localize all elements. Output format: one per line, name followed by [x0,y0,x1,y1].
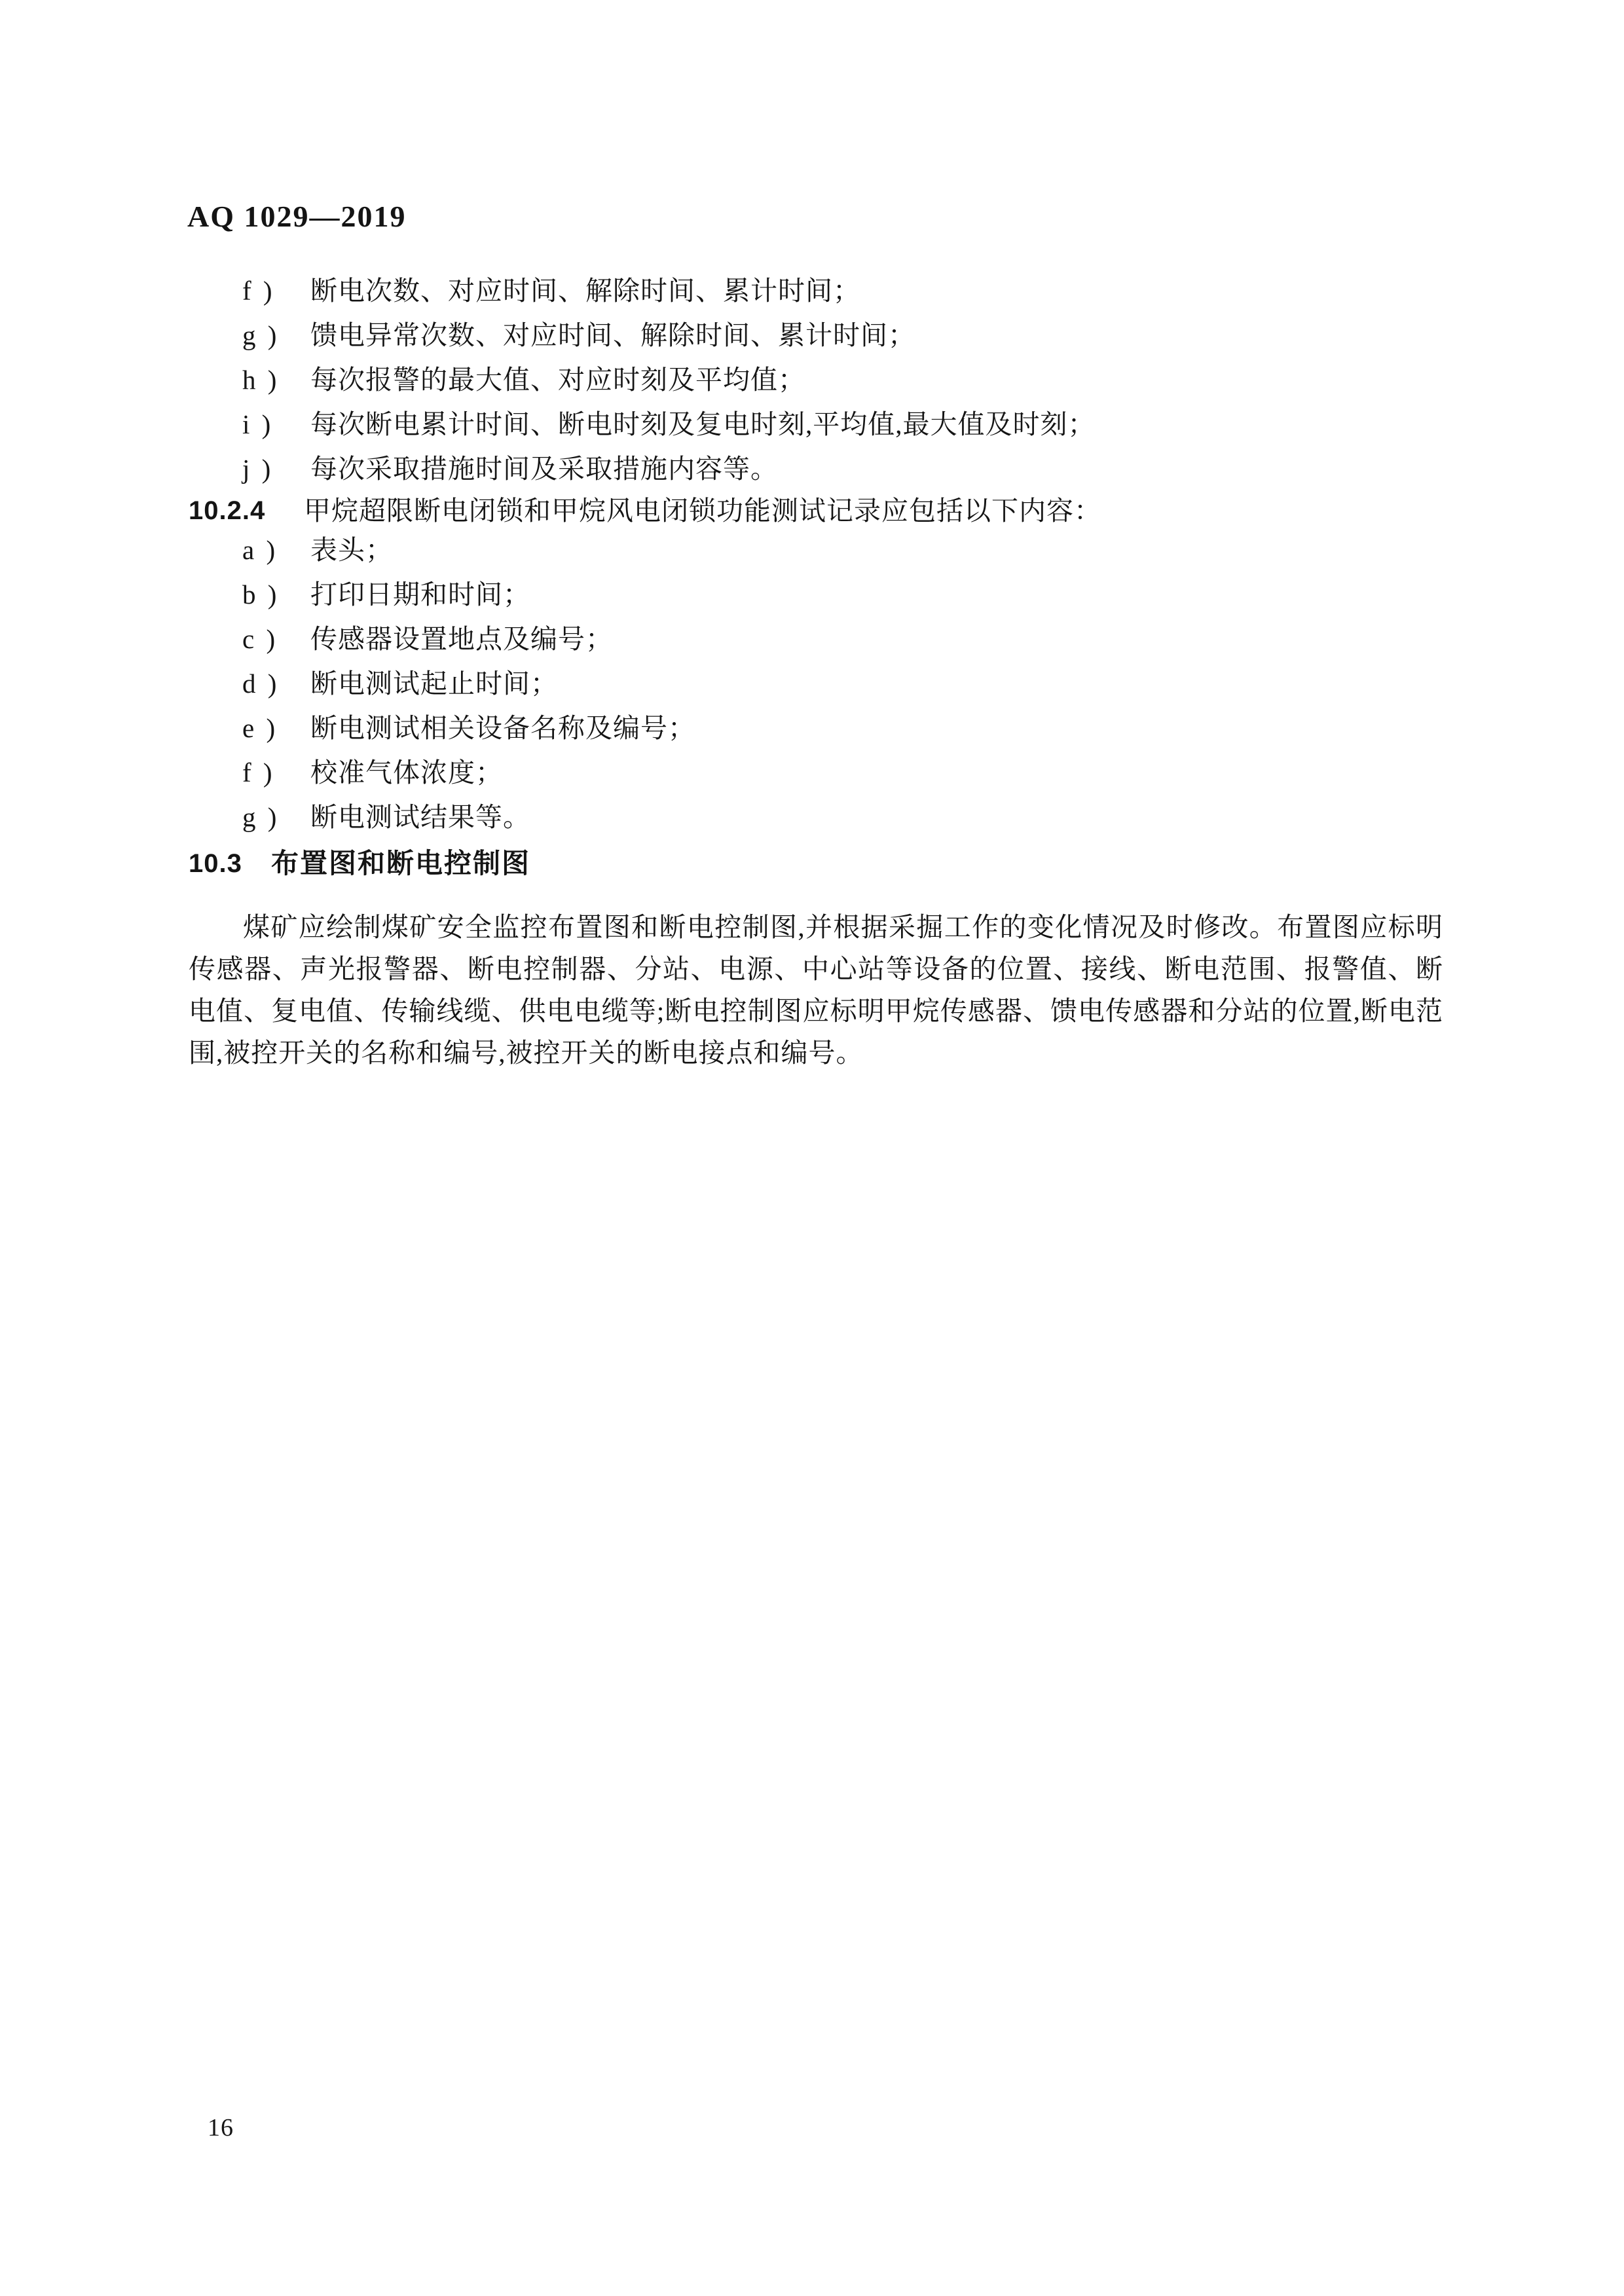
list-item-marker: f ) [242,757,310,788]
document-header-standard-number: AQ 1029—2019 [187,199,407,234]
list-item: f ) 校准气体浓度； [242,757,695,801]
clause-text: 甲烷超限断电闭锁和甲烷风电闭锁功能测试记录应包括以下内容： [304,495,1101,526]
list-item-marker: c ) [242,623,310,655]
list-item: d ) 断电测试起止时间； [242,668,695,712]
list-item-text: 每次采取措施时间及采取措施内容等。 [310,453,778,484]
list-item-marker: a ) [242,534,310,566]
section-heading-10-3: 10.3 布置图和断电控制图 [189,847,530,880]
list-item-marker: b ) [242,579,310,610]
section-title: 布置图和断电控制图 [271,847,530,880]
list-item: c ) 传感器设置地点及编号； [242,623,695,668]
list-item-marker: e ) [242,712,310,744]
section-number: 10.3 [189,847,271,880]
list-item-text: 打印日期和时间； [310,579,530,610]
list-item-text: 校准气体浓度； [310,757,503,788]
list-item-text: 每次断电累计时间、断电时刻及复电时刻,平均值,最大值及时刻； [310,409,1096,440]
list-item-text: 每次报警的最大值、对应时刻及平均值； [310,364,805,395]
document-page: AQ 1029—2019 f ) 断电次数、对应时间、解除时间、累计时间； g … [0,0,1624,2296]
list-item-marker: j ) [242,453,310,484]
list-item-marker: i ) [242,409,310,440]
list-item: g ) 断电测试结果等。 [242,801,695,846]
list-item: j ) 每次采取措施时间及采取措施内容等。 [242,453,1096,498]
list-item: g ) 馈电异常次数、对应时间、解除时间、累计时间； [242,319,1096,364]
list-item: i ) 每次断电累计时间、断电时刻及复电时刻,平均值,最大值及时刻； [242,409,1096,453]
list-item: h ) 每次报警的最大值、对应时刻及平均值； [242,364,1096,409]
list-item: e ) 断电测试相关设备名称及编号； [242,712,695,757]
list-item-text: 馈电异常次数、对应时间、解除时间、累计时间； [310,319,915,351]
list-item-text: 表头； [310,534,393,566]
list-item-text: 断电测试起止时间； [310,668,558,699]
list-item-marker: g ) [242,319,310,351]
list-item-text: 传感器设置地点及编号； [310,623,613,655]
body-paragraph: 煤矿应绘制煤矿安全监控布置图和断电控制图,并根据采掘工作的变化情况及时修改。布置… [189,906,1443,1074]
list-item-text: 断电次数、对应时间、解除时间、累计时间； [310,275,860,306]
clause-number: 10.2.4 [189,495,304,526]
page-number: 16 [208,2113,234,2142]
list-a-to-g: a ) 表头； b ) 打印日期和时间； c ) 传感器设置地点及编号； d )… [242,534,695,846]
list-item: b ) 打印日期和时间； [242,579,695,623]
list-item-marker: f ) [242,275,310,306]
list-item-marker: d ) [242,668,310,699]
list-item-marker: g ) [242,801,310,833]
list-item-text: 断电测试结果等。 [310,801,530,833]
list-item-marker: h ) [242,364,310,395]
clause-10-2-4: 10.2.4 甲烷超限断电闭锁和甲烷风电闭锁功能测试记录应包括以下内容： [189,495,1101,526]
list-item-text: 断电测试相关设备名称及编号； [310,712,695,744]
list-item: a ) 表头； [242,534,695,579]
list-f-to-j: f ) 断电次数、对应时间、解除时间、累计时间； g ) 馈电异常次数、对应时间… [242,275,1096,498]
list-item: f ) 断电次数、对应时间、解除时间、累计时间； [242,275,1096,319]
